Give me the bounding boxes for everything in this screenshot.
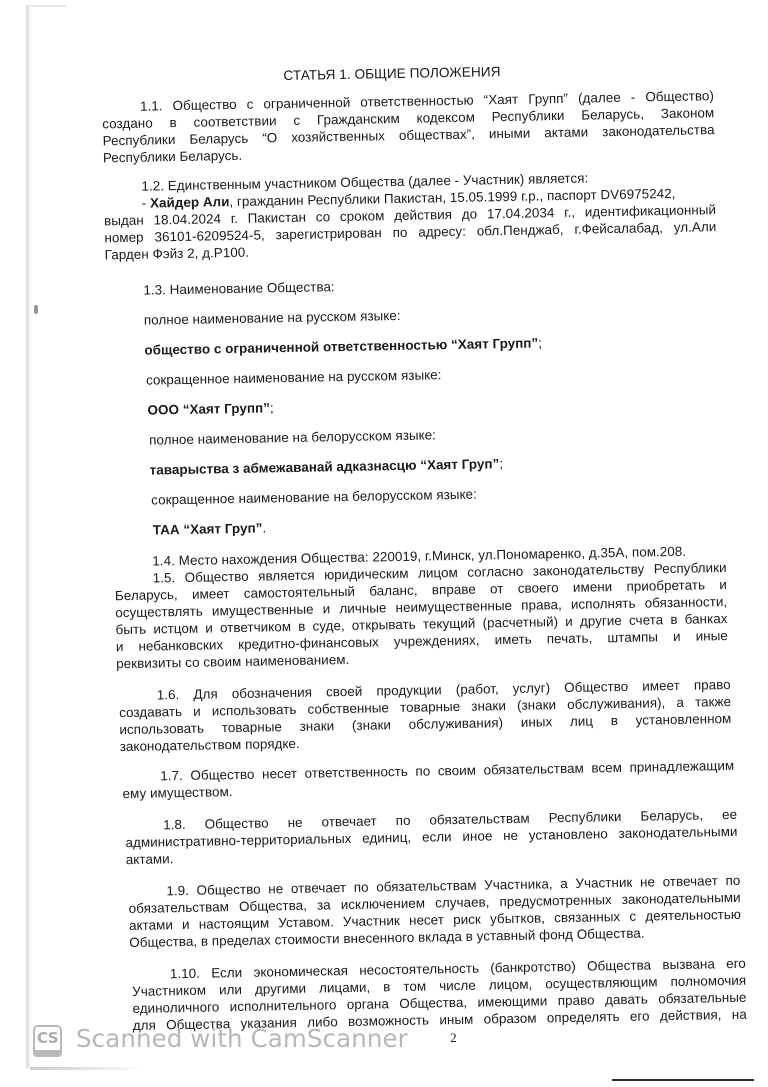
ru-short-name: ООО “Хаят Групп”; <box>147 400 273 418</box>
punctuation: . <box>262 520 266 535</box>
camscanner-logo-icon: CS <box>33 1025 62 1057</box>
ru-short-name-label: сокращенное наименование на русском язык… <box>146 367 442 388</box>
paragraph-1-7-line: ему имуществом. <box>122 784 232 802</box>
punctuation: ; <box>270 400 274 415</box>
ru-full-name: общество с ограниченной ответственностью… <box>144 335 542 358</box>
by-full-name-label: полное наименование на белорусском языке… <box>149 427 436 448</box>
paragraph-1-2-line: Гарден Фэйз 2, д.Р100. <box>105 245 250 264</box>
ru-full-name-label: полное наименование на русском языке: <box>144 308 401 329</box>
paragraph-1-6-line: законодательством порядке. <box>120 736 300 755</box>
by-full-name-value: таварыства з абмежаванай адказнасцю “Хая… <box>150 456 500 477</box>
by-short-name-value: ТАА “Хаят Груп” <box>153 521 263 538</box>
paragraph-1-1-line: Республики Беларусь. <box>103 148 243 167</box>
ru-short-name-value: ООО “Хаят Групп” <box>147 400 270 417</box>
by-short-name: ТАА “Хаят Груп”. <box>153 520 267 538</box>
paragraph-1-8-line: актами. <box>126 851 174 868</box>
document-page: СТАТЬЯ 1. ОБЩИЕ ПОЛОЖЕНИЯ 1.1. Общество … <box>0 0 768 1087</box>
by-full-name: таварыства з абмежаванай адказнасцю “Хая… <box>150 456 504 478</box>
punctuation: ; <box>499 456 503 471</box>
paragraph-1-7-line: 1.7. Общество несет ответственность по с… <box>160 758 734 785</box>
paragraph-1-3-heading: 1.3. Наименование Общества: <box>143 279 335 299</box>
ru-full-name-value: общество с ограниченной ответственностью… <box>144 335 538 357</box>
punctuation: ; <box>538 335 542 350</box>
article-title: СТАТЬЯ 1. ОБЩИЕ ПОЛОЖЕНИЯ <box>283 64 500 84</box>
participant-name: Хайдер Али <box>150 194 230 210</box>
paragraph-1-5-line: реквизиты со своим наименованием. <box>116 652 349 672</box>
by-short-name-label: сокращенное наименование на белорусском … <box>151 487 477 509</box>
camscanner-watermark: Scanned with CamScanner <box>76 1024 408 1053</box>
page-bottom-rule <box>612 1079 754 1081</box>
page-number: 2 <box>450 1030 457 1046</box>
